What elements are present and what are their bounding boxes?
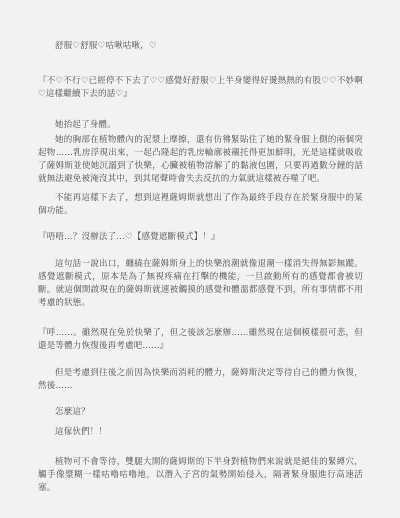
narration-paragraph: 不能再這樣下去了，想到這裡薩姆斯就想出了作為最終手段存在於緊身服中的某個功能。 [38,192,363,218]
moan-line: 這傢伙們！！ [38,426,363,439]
dialogue-paragraph: 『不♡不行♡已經停不下去了♡♡感覺好舒服♡上半身變得好燙熱熱的有股♡♡不妙啊♡這… [38,75,363,101]
moan-line: 舒服♡舒服♡咕啾咕啾，♡ [38,40,363,53]
narration-paragraph: 但是考慮到往後之前因為快樂而消耗的體力，薩姆斯決定等待自己的體力恢復，然後…… [38,367,363,393]
narration-paragraph: 這句話一說出口，纏繞在薩姆斯身上的快樂浪潮就像退潮一樣消失得無影無蹤。感覺遮斷模… [38,258,363,310]
narration-paragraph: 她抬起了身體。 [38,119,363,132]
dialogue-paragraph: 『呼……。雖然現在免於快樂了，但之後該怎麼辦……雖然現在這個模樣很可悲，但還是等… [38,327,363,353]
narration-paragraph: 她的胸部在植物體內的泥漿上摩擦，還有仿彿緊貼住了她的緊身服上側的兩個突起物……乳… [38,134,363,186]
dialogue-paragraph: 『唔唔…？沒辦法了…♡【感覺遮斷模式】！』 [38,231,363,244]
moan-line: 怎麼這？ [38,406,363,419]
novel-page: 舒服♡舒服♡咕啾咕啾，♡ 『不♡不行♡已經停不下去了♡♡感覺好舒服♡上半身變得好… [0,0,400,518]
narration-paragraph: 植物可不會等待，雙腿大開的薩姆斯的下半身對植物們來說就是絕佳的緊縛穴，觸手像漿糊… [38,456,363,495]
